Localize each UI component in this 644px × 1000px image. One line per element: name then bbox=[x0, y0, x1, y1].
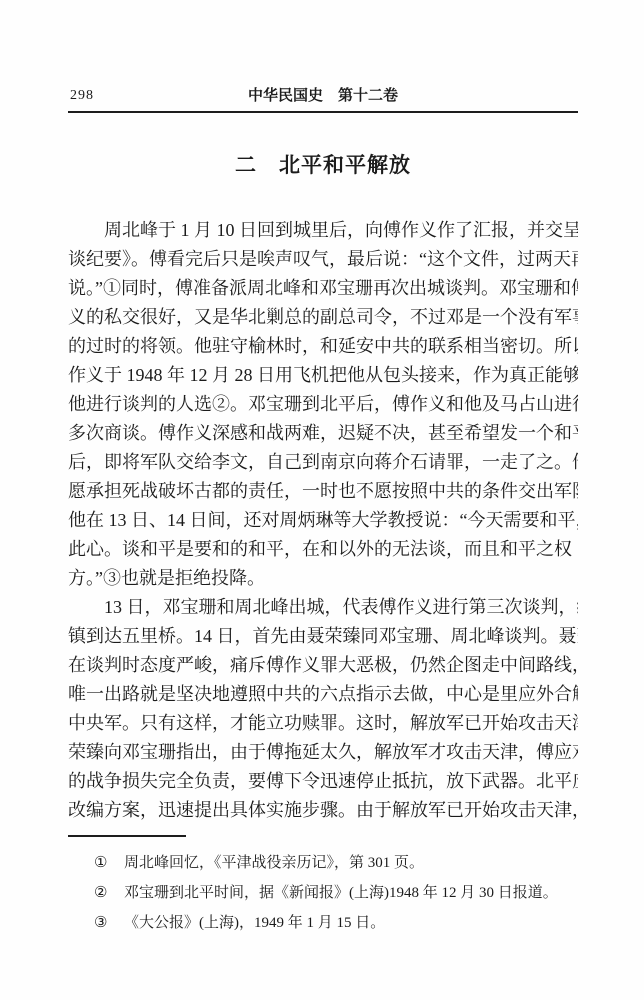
section-title: 二 北平和平解放 bbox=[68, 151, 578, 181]
body-line: 中央军。只有这样，才能立功赎罪。这时，解放军已开始攻击天津，聂 bbox=[68, 709, 578, 738]
body-line: 义的私交很好，又是华北剿总的副总司令，不过邓是一个没有军事实力 bbox=[68, 303, 578, 332]
body-line: 作义于 1948 年 12 月 28 日用飞机把他从包头接来，作为真正能够代表 bbox=[68, 361, 578, 390]
footnote: ①周北峰回忆，《平津战役亲历记》，第 301 页。 bbox=[68, 848, 578, 878]
body-line: 愿承担死战破坏古都的责任，一时也不愿按照中共的条件交出军队。 bbox=[68, 477, 578, 506]
footnote-text: 《大公报》(上海)，1949 年 1 月 15 日。 bbox=[124, 908, 578, 938]
body-text: 周北峰于 1 月 10 日回到城里后，向傅作义作了汇报，并交呈了《会谈纪要》。傅… bbox=[68, 216, 578, 825]
running-title: 中华民国史 第十二卷 bbox=[68, 86, 578, 106]
body-line: 谈纪要》。傅看完后只是唉声叹气，最后说：“这个文件，过两天再 bbox=[68, 245, 578, 274]
book-page: 298 中华民国史 第十二卷 二 北平和平解放 周北峰于 1 月 10 日回到城… bbox=[0, 0, 644, 1000]
body-line: 他在 13 日、14 日间，还对周炳琳等大学教授说：“今天需要和平，人同 bbox=[68, 506, 578, 535]
header-rule bbox=[68, 111, 578, 113]
body-line: 方。”③也就是拒绝投降。 bbox=[68, 564, 578, 593]
body-line: 唯一出路就是坚决地遵照中共的六点指示去做，中心是里应外合解决 bbox=[68, 680, 578, 709]
footnote: ③《大公报》(上海)，1949 年 1 月 15 日。 bbox=[68, 908, 578, 938]
body-line: 荣臻向邓宝珊指出，由于傅拖延太久，解放军才攻击天津，傅应对天津 bbox=[68, 738, 578, 767]
body-line: 在谈判时态度严峻，痛斥傅作义罪大恶极，仍然企图走中间路线，指出 bbox=[68, 651, 578, 680]
footnote-marker: ① bbox=[94, 848, 124, 878]
footnote-marker: ② bbox=[94, 878, 124, 908]
body-line: 改编方案，迅速提出具体实施步骤。由于解放军已开始攻击天津，傅作 bbox=[68, 796, 578, 825]
body-line: 13 日，邓宝珊和周北峰出城，代表傅作义进行第三次谈判，经清河 bbox=[68, 593, 578, 622]
footnote: ②邓宝珊到北平时间，据《新闻报》(上海)1948 年 12 月 30 日报道。 bbox=[68, 878, 578, 908]
body-line: 他进行谈判的人选②。邓宝珊到北平后，傅作义和他及马占山进行了 bbox=[68, 390, 578, 419]
running-header: 298 中华民国史 第十二卷 bbox=[68, 86, 578, 106]
body-line: 后，即将军队交给李文，自己到南京向蒋介石请罪，一走了之。他既不 bbox=[68, 448, 578, 477]
footnote-text: 邓宝珊到北平时间，据《新闻报》(上海)1948 年 12 月 30 日报道。 bbox=[124, 878, 578, 908]
body-line: 的战争损失完全负责，要傅下令迅速停止抵抗，放下武器。北平应照原 bbox=[68, 767, 578, 796]
body-line: 此心。谈和平是要和的和平，在和以外的无法谈，而且和平之权〈在〉对 bbox=[68, 535, 578, 564]
footnotes: ①周北峰回忆，《平津战役亲历记》，第 301 页。②邓宝珊到北平时间，据《新闻报… bbox=[68, 848, 578, 938]
body-line: 的过时的将领。他驻守榆林时，和延安中共的联系相当密切。所以，傅 bbox=[68, 332, 578, 361]
body-line: 多次商谈。傅作义深感和战两难，迟疑不决，甚至希望发一个和平通电 bbox=[68, 419, 578, 448]
footnote-text: 周北峰回忆，《平津战役亲历记》，第 301 页。 bbox=[124, 848, 578, 878]
page-number: 298 bbox=[70, 86, 94, 106]
body-line: 周北峰于 1 月 10 日回到城里后，向傅作义作了汇报，并交呈了《会 bbox=[68, 216, 578, 245]
body-line: 镇到达五里桥。14 日，首先由聂荣臻同邓宝珊、周北峰谈判。聂荣臻 bbox=[68, 622, 578, 651]
footnote-marker: ③ bbox=[94, 908, 124, 938]
body-line: 说。”①同时，傅准备派周北峰和邓宝珊再次出城谈判。邓宝珊和傅作 bbox=[68, 274, 578, 303]
footnote-separator bbox=[68, 835, 186, 837]
